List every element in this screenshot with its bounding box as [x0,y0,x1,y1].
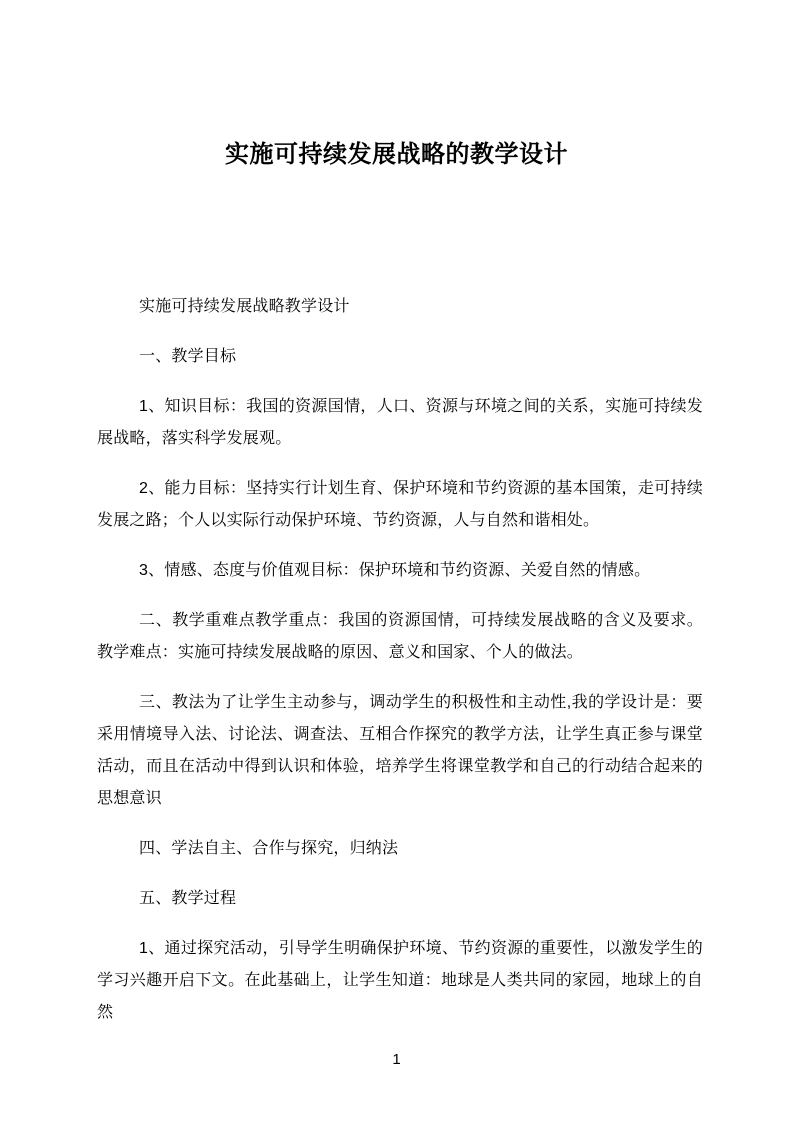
page-number: 1 [0,1050,793,1070]
paragraph-section-5-process: 五、教学过程 [97,883,703,915]
paragraph-ability-goal: 2、能力目标：坚持实行计划生育、保护环境和节约资源的基本国策，走可持续发展之路；… [97,473,703,537]
paragraph-section-3-teaching-method: 三、教法为了让学生主动参与，调动学生的积极性和主动性,我的学设计是：要采用情境导… [97,687,703,815]
paragraph-process-step-1: 1、通过探究活动，引导学生明确保护环境、节约资源的重要性，以激发学生的学习兴趣开… [97,933,703,1029]
paragraph-subtitle: 实施可持续发展战略教学设计 [97,291,703,323]
document-title: 实施可持续发展战略的教学设计 [0,0,793,168]
document-page: 实施可持续发展战略的教学设计 实施可持续发展战略教学设计 一、教学目标 1、知识… [0,0,793,1122]
paragraph-section-1-heading: 一、教学目标 [97,341,703,373]
paragraph-section-4-learning-method: 四、学法自主、合作与探究，归纳法 [97,833,703,865]
paragraph-section-2-key-points: 二、教学重难点教学重点：我国的资源国情，可持续发展战略的含义及要求。教学难点：实… [97,605,703,669]
paragraph-emotion-goal: 3、情感、态度与价值观目标：保护环境和节约资源、关爱自然的情感。 [97,555,703,587]
paragraph-knowledge-goal: 1、知识目标：我国的资源国情，人口、资源与环境之间的关系，实施可持续发展战略，落… [97,391,703,455]
document-body: 实施可持续发展战略教学设计 一、教学目标 1、知识目标：我国的资源国情，人口、资… [0,291,793,1029]
